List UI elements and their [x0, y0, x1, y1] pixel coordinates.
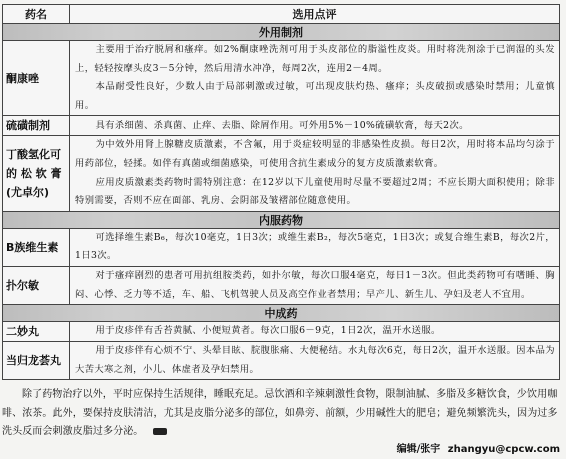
- drug-review: 用于皮疹伴有舌苔黄腻、小便短黄者。每次口服6－9克，1日2次，温开水送服。: [70, 322, 560, 342]
- review-paragraph: 可选择维生素B₆，每次10毫克，1日3次；或维生素B₂，每次5毫克，1日3次；或…: [75, 229, 555, 266]
- table-header-row: 药名 选用点评: [3, 5, 560, 24]
- review-paragraph: 主要用于治疗脱屑和瘙痒。如2%酮康唑洗剂可用于头皮部位的脂溢性皮炎。用时将洗剂涂…: [75, 41, 555, 78]
- drug-name-line: (尤卓尔): [6, 183, 69, 202]
- drug-name-line: 丁酸氢化可: [6, 145, 69, 164]
- review-paragraph: 具有杀细菌、杀真菌、止痒、去脂、除屑作用。可外用5%－10%硫磺软膏，每天2次。: [75, 117, 555, 136]
- end-mark-icon: [153, 428, 167, 435]
- review-paragraph: 用于皮疹伴有心烦不宁、头晕目眩、脘腹胀痛、大便秘结。水丸每次6克，每日2次，温开…: [75, 342, 555, 379]
- header-review: 选用点评: [70, 5, 560, 24]
- table-row: 扑尔敏 对于瘙痒剧烈的患者可用抗组胺类药，如扑尔敏，每次口服4毫克，每日1－3次…: [3, 266, 560, 304]
- section-title: 中成药: [3, 305, 560, 322]
- review-paragraph: 为中效外用肾上腺糖皮质激素，不含氟，用于炎症较明显的非感染性皮损。每日2次，用时…: [75, 136, 555, 173]
- drug-name: 当归龙荟丸: [3, 342, 70, 380]
- review-paragraph: 本品耐受性良好，少数人由于局部刺激或过敏，可出现皮肤灼热、瘙痒；头皮破损或感染时…: [75, 78, 555, 115]
- table-row: B族维生素 可选择维生素B₆，每次10毫克，1日3次；或维生素B₂，每次5毫克，…: [3, 228, 560, 266]
- header-drug-name: 药名: [3, 5, 70, 24]
- section-title: 内服药物: [3, 211, 560, 228]
- drug-name: 酮康唑: [3, 41, 70, 116]
- drug-review: 对于瘙痒剧烈的患者可用抗组胺类药，如扑尔敏，每次口服4毫克，每日1－3次。但此类…: [70, 266, 560, 304]
- editor-email: zhangyu@cpcw.com: [448, 444, 560, 455]
- closing-paragraph: 除了药物治疗以外，平时应保持生活规律，睡眠充足。忌饮酒和辛辣刺激性食物，限制油腻…: [2, 389, 558, 437]
- editor-name: 编辑/张宇: [397, 444, 441, 455]
- table-row: 当归龙荟丸 用于皮疹伴有心烦不宁、头晕目眩、脘腹胀痛、大便秘结。水丸每次6克，每…: [3, 342, 560, 380]
- drug-name: B族维生素: [3, 228, 70, 266]
- drug-review: 具有杀细菌、杀真菌、止痒、去脂、除屑作用。可外用5%－10%硫磺软膏，每天2次。: [70, 116, 560, 136]
- drug-review: 主要用于治疗脱屑和瘙痒。如2%酮康唑洗剂可用于头皮部位的脂溢性皮炎。用时将洗剂涂…: [70, 41, 560, 116]
- section-header-tcm: 中成药: [3, 305, 560, 322]
- drug-name: 硫磺制剂: [3, 116, 70, 136]
- review-paragraph: 对于瘙痒剧烈的患者可用抗组胺类药，如扑尔敏，每次口服4毫克，每日1－3次。但此类…: [75, 267, 555, 304]
- table-row: 丁酸氢化可 的 松 软 膏 (尤卓尔) 为中效外用肾上腺糖皮质激素，不含氟，用于…: [3, 136, 560, 211]
- drug-review-table: 药名 选用点评 外用制剂 酮康唑 主要用于治疗脱屑和瘙痒。如2%酮康唑洗剂可用于…: [2, 4, 560, 380]
- drug-name-line: 的 松 软 膏: [6, 164, 69, 183]
- review-paragraph: 应用皮质激素类药物时需特别注意：在12岁以下儿童使用时尽量不要超过2周；不应长期…: [75, 174, 555, 211]
- drug-name: 丁酸氢化可 的 松 软 膏 (尤卓尔): [3, 136, 70, 211]
- drug-review: 可选择维生素B₆，每次10毫克，1日3次；或维生素B₂，每次5毫克，1日3次；或…: [70, 228, 560, 266]
- section-header-oral: 内服药物: [3, 211, 560, 228]
- closing-section: 除了药物治疗以外，平时应保持生活规律，睡眠充足。忌饮酒和辛辣刺激性食物，限制油腻…: [2, 386, 562, 442]
- section-title: 外用制剂: [3, 24, 560, 41]
- drug-review: 为中效外用肾上腺糖皮质激素，不含氟，用于炎症较明显的非感染性皮损。每日2次，用时…: [70, 136, 560, 211]
- section-header-external: 外用制剂: [3, 24, 560, 41]
- table-row: 硫磺制剂 具有杀细菌、杀真菌、止痒、去脂、除屑作用。可外用5%－10%硫磺软膏，…: [3, 116, 560, 136]
- drug-name: 二妙丸: [3, 322, 70, 342]
- review-paragraph: 用于皮疹伴有舌苔黄腻、小便短黄者。每次口服6－9克，1日2次，温开水送服。: [75, 322, 555, 341]
- drug-name: 扑尔敏: [3, 266, 70, 304]
- editor-credit: 编辑/张宇 zhangyu@cpcw.com: [397, 440, 560, 455]
- drug-review: 用于皮疹伴有心烦不宁、头晕目眩、脘腹胀痛、大便秘结。水丸每次6克，每日2次，温开…: [70, 342, 560, 380]
- table-row: 二妙丸 用于皮疹伴有舌苔黄腻、小便短黄者。每次口服6－9克，1日2次，温开水送服…: [3, 322, 560, 342]
- table-row: 酮康唑 主要用于治疗脱屑和瘙痒。如2%酮康唑洗剂可用于头皮部位的脂溢性皮炎。用时…: [3, 41, 560, 116]
